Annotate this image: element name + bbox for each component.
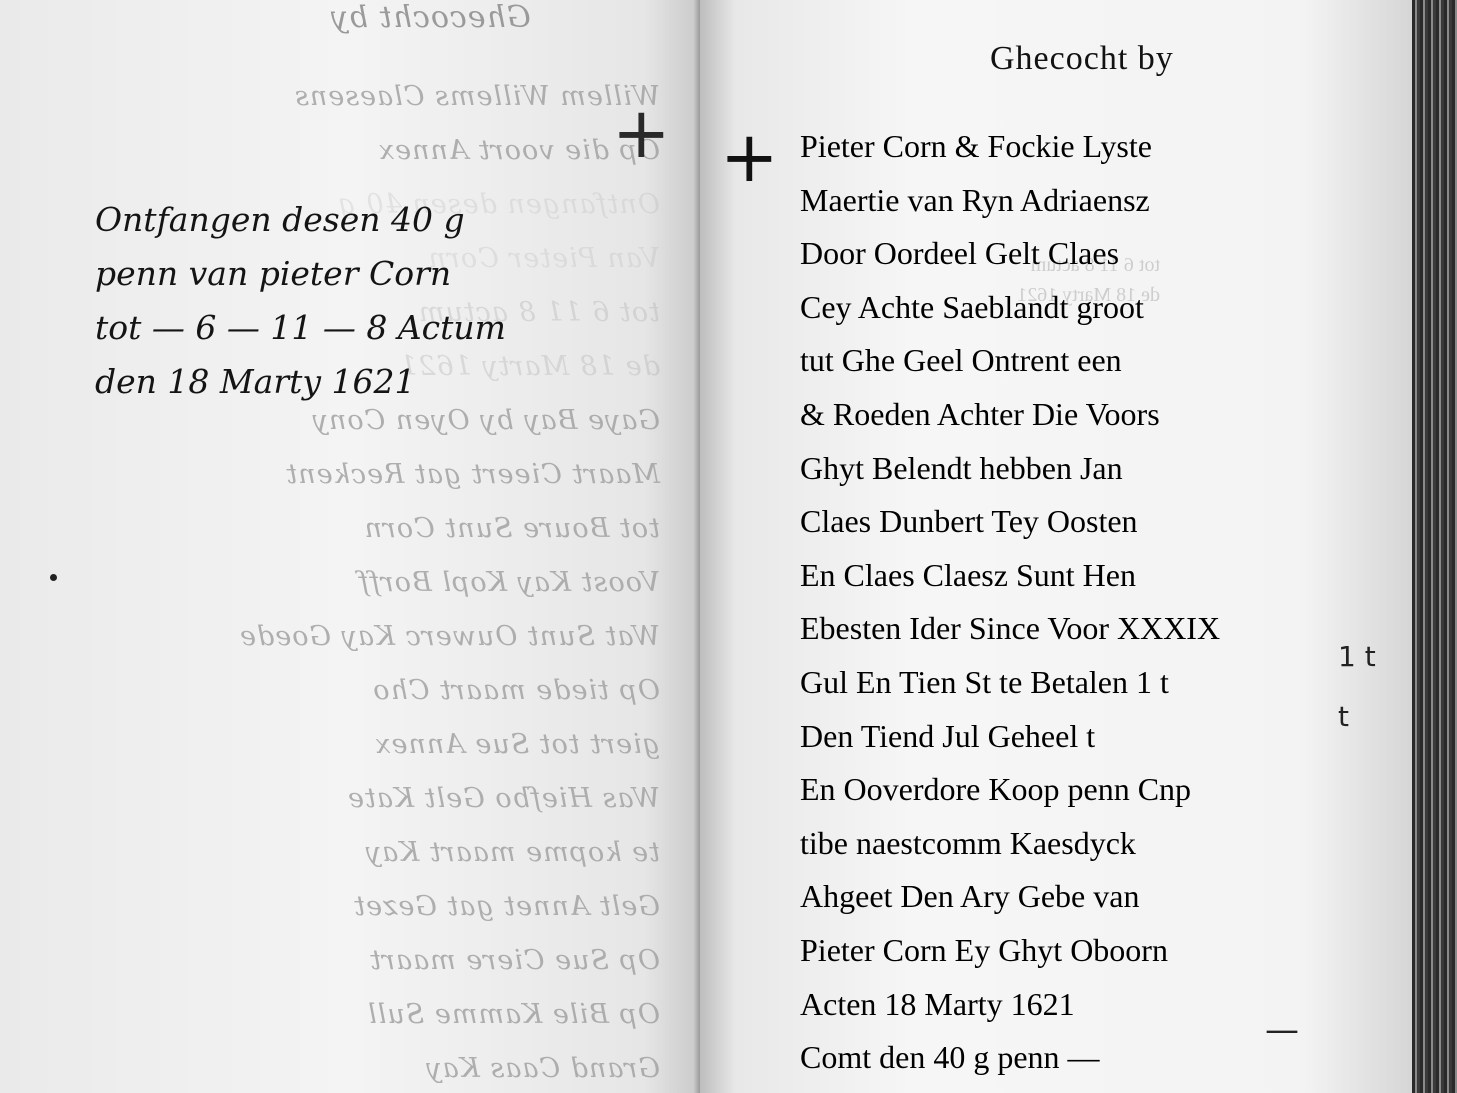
bleed-line: Op Sue Ciere maart [0, 934, 700, 988]
bleed-line: Gelt Annet gat Gezet [0, 880, 700, 934]
bleed-line: Op Bile Kamme Sull [0, 988, 700, 1042]
entry-line: den 18 Marty 1621 [95, 355, 506, 409]
entry-line: Ahgeet Den Ary Gebe van [800, 870, 1220, 924]
entry-line: Gul En Tien St te Betalen 1 t [800, 656, 1220, 710]
margin-mark: t [1338, 700, 1349, 733]
entry-line: & Roeden Achter Die Voors [800, 388, 1220, 442]
entry-line: tot — 6 — 11 — 8 Actum [95, 301, 506, 355]
right-heading: Ghecocht by [990, 40, 1174, 78]
bleed-line: tot Boure Sunt Corn [0, 502, 700, 556]
margin-cross-icon: + [612, 98, 671, 168]
entry-line: Acten 18 Marty 1621 [800, 978, 1220, 1032]
bleed-line: Wat Sunt Ouwerc Kay Goede [0, 610, 700, 664]
right-deed-entry: Pieter Corn & Fockie Lyste Maertie van R… [800, 120, 1220, 1085]
left-heading-bleed: Ghecocht by [330, 0, 531, 35]
entry-line: Claes Dunbert Tey Oosten [800, 495, 1220, 549]
left-page: Willem Willems Claesens Op die voort Ann… [0, 0, 700, 1093]
entry-line: tibe naestcomm Kaesdyck [800, 817, 1220, 871]
closing-dash: — [1265, 1010, 1299, 1050]
left-receipt-entry: Ontfangen desen 40 g penn van pieter Cor… [95, 193, 506, 409]
book-page-edges [1412, 0, 1457, 1093]
entry-line: tut Ghe Geel Ontrent een [800, 334, 1220, 388]
manuscript-spread: Willem Willems Claesens Op die voort Ann… [0, 0, 1457, 1093]
entry-line: Cey Achte Saeblandt groot [800, 281, 1220, 335]
bleed-line: giert tot Sue Annex [0, 718, 700, 772]
ink-dot [50, 574, 57, 581]
bleed-line: Willem Willems Claesens [0, 70, 700, 124]
entry-line: penn van pieter Corn [95, 247, 506, 301]
margin-cross-icon: + [720, 122, 779, 192]
entry-line: Ebesten Ider Since Voor XXXIX [800, 602, 1220, 656]
margin-mark: 1 t [1338, 640, 1376, 673]
bleed-line: Maart Cieert gat Reckent [0, 448, 700, 502]
entry-line: Door Oordeel Gelt Claes [800, 227, 1220, 281]
entry-line: Den Tiend Jul Geheel t [800, 710, 1220, 764]
bleed-line: Op tiede maart Cho [0, 664, 700, 718]
entry-line: En Ooverdore Koop penn Cnp [800, 763, 1220, 817]
entry-line: Pieter Corn Ey Ghyt Oboorn [800, 924, 1220, 978]
entry-line: Comt den 40 g penn — [800, 1031, 1220, 1085]
entry-line: Pieter Corn & Fockie Lyste [800, 120, 1220, 174]
bleed-line: te kopme maart Kay [0, 826, 700, 880]
bleed-line: Voost Kay Kopl Borff [0, 556, 700, 610]
bleed-line: Op die voort Annex [0, 124, 700, 178]
bleed-line: Was Hiefbo Gelt Kate [0, 772, 700, 826]
entry-line: Ghyt Belendt hebben Jan [800, 442, 1220, 496]
bleed-through-text: Willem Willems Claesens Op die voort Ann… [0, 0, 700, 1093]
entry-line: En Claes Claesz Sunt Hen [800, 549, 1220, 603]
entry-line: Ontfangen desen 40 g [95, 193, 506, 247]
entry-line: Maertie van Ryn Adriaensz [800, 174, 1220, 228]
bleed-line: Grand Caas Kay [0, 1042, 700, 1093]
